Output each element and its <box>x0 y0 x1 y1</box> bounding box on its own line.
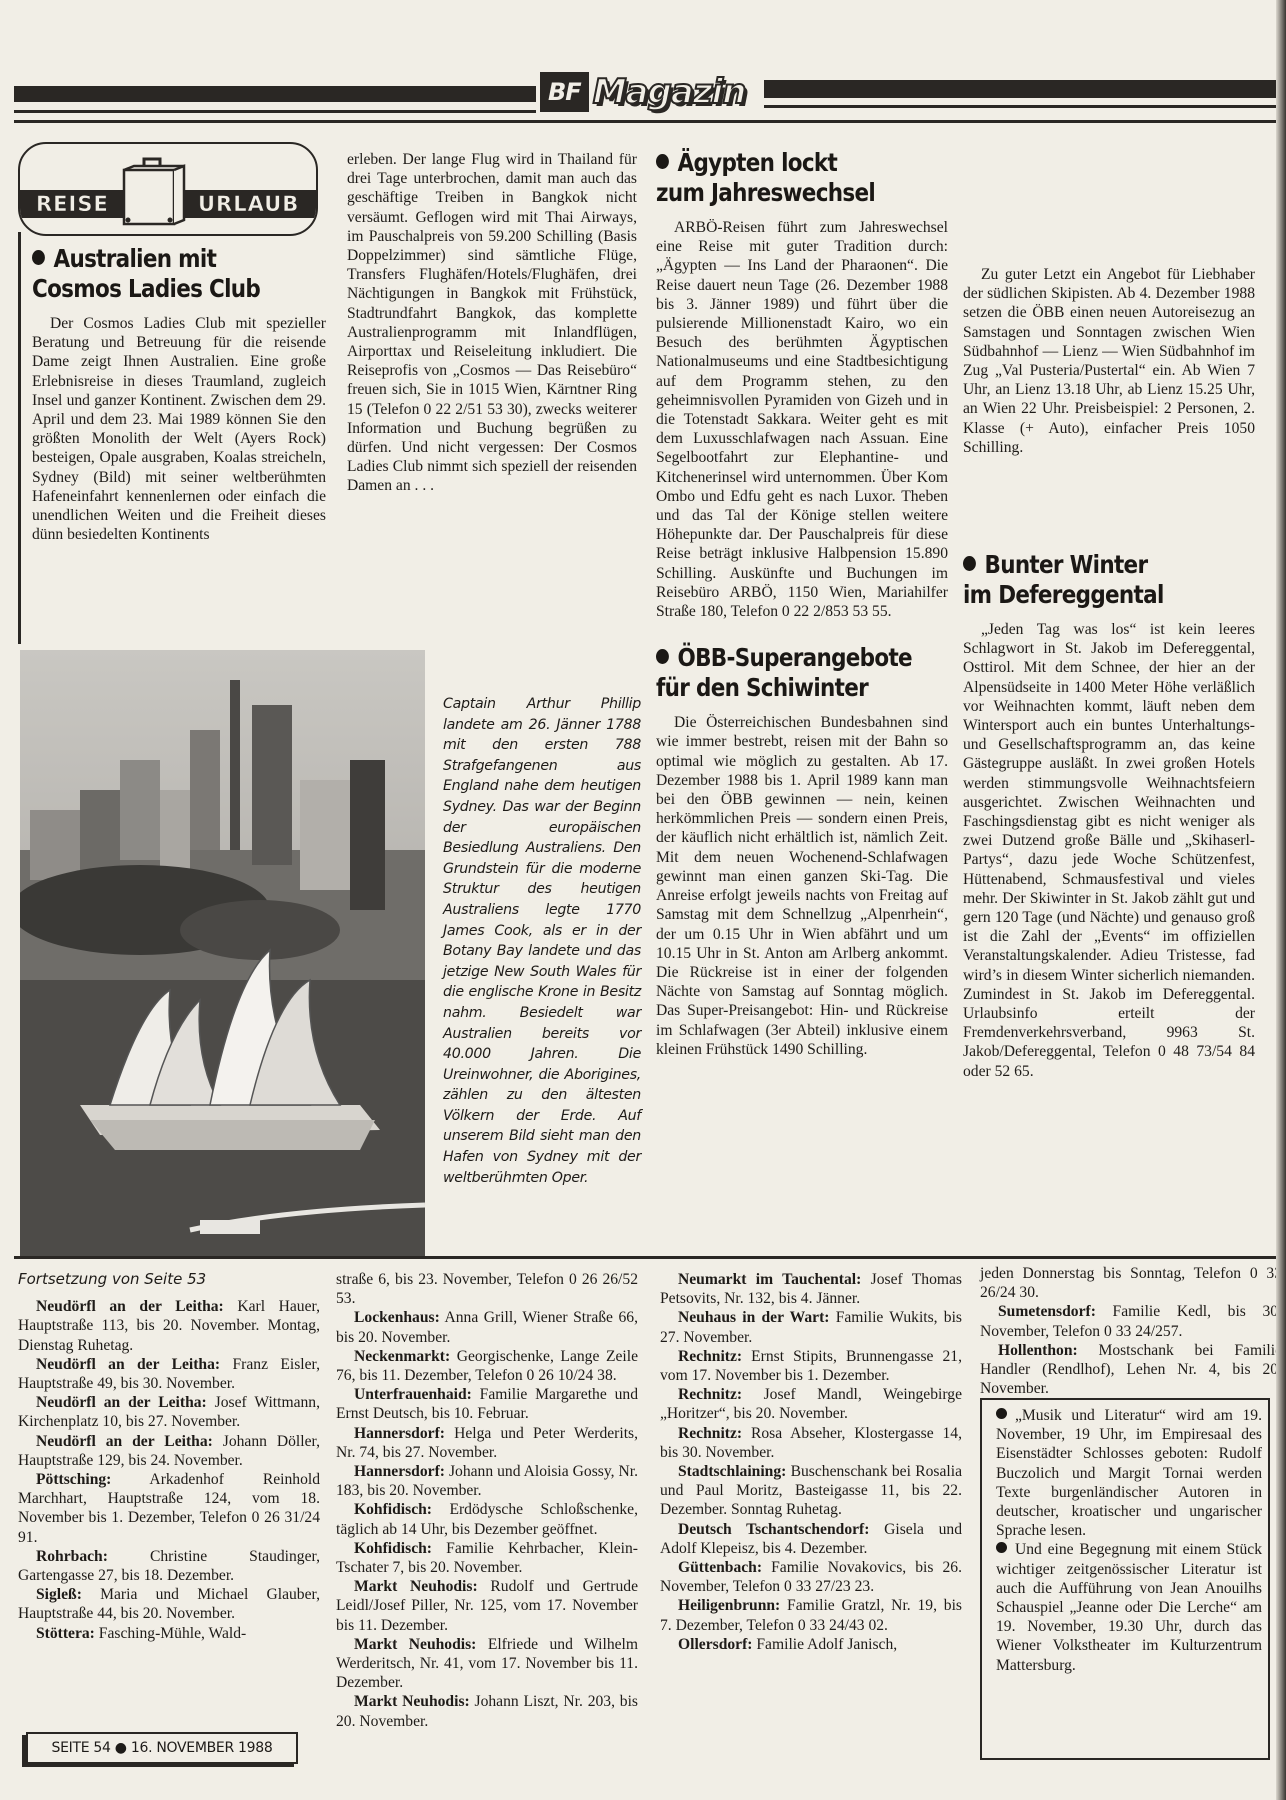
bullet-icon <box>996 1542 1007 1553</box>
listing-entry: Sumetensdorf: Familie Kedl, bis 30. Nove… <box>980 1302 1282 1340</box>
masthead-rule-left <box>14 110 536 113</box>
listing-entry: Neudörfl an der Leitha: Josef Wittmann, … <box>18 1393 320 1431</box>
headline-defereggental: Bunter Winter im Defereggental <box>963 550 1214 610</box>
listing-entry: Kohfidisch: Familie Kehrbacher, Klein-Ts… <box>336 1539 638 1577</box>
listing-entry: Pöttsching: Arkadenhof Reinhold Marchhar… <box>18 1470 320 1547</box>
culture-item: Und eine Begegnung mit einem Stück wicht… <box>996 1540 1262 1674</box>
article-body: „Jeden Tag was los“ ist kein leeres Schl… <box>963 620 1255 1081</box>
listing-place: Kohfidisch: <box>354 1540 432 1557</box>
article-body: Der Cosmos Ladies Club mit spezieller Be… <box>32 314 326 544</box>
reise-urlaub-badge: REISE URLAUB <box>18 142 318 236</box>
listing-entry: Markt Neuhodis: Elfriede und Wilhelm Wer… <box>336 1635 638 1693</box>
listing-entry: Neumarkt im Tauchental: Josef Thomas Pet… <box>660 1270 962 1308</box>
opera-house-image <box>20 650 425 1256</box>
listing-list: Neudörfl an der Leitha: Karl Hauer, Haup… <box>18 1297 320 1643</box>
listing-place: Neudörfl an der Leitha: <box>36 1433 213 1450</box>
issue-date: 16. NOVEMBER 1988 <box>131 1740 273 1756</box>
listing-entry: Stöttera: Fasching-Mühle, Wald- <box>18 1624 320 1643</box>
listing-list: Lockenhaus: Anna Grill, Wiener Straße 66… <box>336 1308 638 1730</box>
listing-entry: Hollenthon: Mostschank bei Familie Handl… <box>980 1341 1282 1399</box>
listing-place: Güttenbach: <box>678 1559 762 1576</box>
culture-item: „Musik und Literatur“ wird am 19. Novemb… <box>996 1406 1262 1540</box>
oebb-overflow-window: Zu guter Letzt ein Angebot für Liebhaber… <box>963 265 1255 457</box>
bullet-icon <box>32 250 45 265</box>
listing-entry: Güttenbach: Familie Novakovics, bis 26. … <box>660 1558 962 1596</box>
headline-oebb: ÖBB-Superangebote für den Schiwinter <box>656 643 907 703</box>
listing-details: Fasching-Mühle, Wald- <box>95 1625 246 1642</box>
continued-note: Fortsetzung von Seite 53 <box>18 1270 320 1289</box>
listing-entry: Sigleß: Maria und Michael Glauber, Haupt… <box>18 1585 320 1623</box>
footer-separator-icon: ● <box>115 1740 127 1756</box>
masthead-rule-right <box>764 105 1286 108</box>
listing-place: Neudörfl an der Leitha: <box>36 1394 207 1411</box>
article-defereggental: Bunter Winter im Defereggental „Jeden Ta… <box>963 550 1255 1081</box>
listing-place: Neudörfl an der Leitha: <box>36 1298 224 1315</box>
article-body: Zu guter Letzt ein Angebot für Liebhaber… <box>963 265 1255 457</box>
listing-entry: Neudörfl an der Leitha: Franz Eisler, Ha… <box>18 1355 320 1393</box>
masthead-bar-right <box>764 80 1286 98</box>
article-body: erleben. Der lange Flug wird in Thailand… <box>347 150 637 496</box>
listings-col-3: Neumarkt im Tauchental: Josef Thomas Pet… <box>660 1270 962 1654</box>
listing-place: Markt Neuhodis: <box>354 1636 476 1653</box>
article-body: ARBÖ-Reisen führt zum Jahreswechsel eine… <box>656 218 948 621</box>
headline-aegypten: Ägypten lockt zum Jahreswechsel <box>656 148 907 208</box>
listing-place: Hannersdorf: <box>354 1425 445 1442</box>
listing-place: Markt Neuhodis: <box>354 1693 470 1710</box>
listing-entry: Rechnitz: Ernst Stipits, Brunnengasse 21… <box>660 1347 962 1385</box>
listing-place: Kohfidisch: <box>354 1501 432 1518</box>
section-rule-top <box>14 120 1286 123</box>
listings-col-2: straße 6, bis 23. November, Telefon 0 26… <box>336 1270 638 1731</box>
article-oebb-offer: Zu guter Letzt ein Angebot für Liebhaber… <box>963 150 1255 538</box>
article-australien: Australien mit Cosmos Ladies Club Der Co… <box>32 244 326 544</box>
listing-entry: Ollersdorf: Familie Adolf Janisch, <box>660 1635 962 1654</box>
listing-place: Stadtschlaining: <box>678 1463 786 1480</box>
listing-entry: Rohrbach: Christine Staudinger, Gartenga… <box>18 1547 320 1585</box>
masthead-bar-left <box>14 86 536 102</box>
article-body: Die Österreichischen Bundesbahnen sind w… <box>656 713 948 1059</box>
listing-entry: Neckenmarkt: Georgischenke, Lange Zeile … <box>336 1347 638 1385</box>
listing-place: Hannersdorf: <box>354 1463 445 1480</box>
listing-place: Lockenhaus: <box>354 1309 440 1326</box>
page-footer: SEITE 54 ● 16. NOVEMBER 1988 <box>26 1732 298 1764</box>
listing-entry: Neudörfl an der Leitha: Karl Hauer, Haup… <box>18 1297 320 1355</box>
listing-place: Sigleß: <box>36 1586 82 1603</box>
listing-place: Rechnitz: <box>678 1348 742 1365</box>
listing-place: Rohrbach: <box>36 1548 108 1565</box>
listing-place: Hollenthon: <box>998 1342 1078 1359</box>
listing-place: Heiligenbrunn: <box>678 1597 780 1614</box>
listing-place: Rechnitz: <box>678 1425 742 1442</box>
listing-entry: Rechnitz: Rosa Abseher, Klostergasse 14,… <box>660 1424 962 1462</box>
listing-entry: Markt Neuhodis: Johann Liszt, Nr. 203, b… <box>336 1692 638 1730</box>
listing-entry: Neudörfl an der Leitha: Johann Döller, H… <box>18 1432 320 1470</box>
logo-abbrev: BF <box>540 72 589 112</box>
magazine-logo: BF Magazin <box>540 72 745 112</box>
article-aegypten: Ägypten lockt zum Jahreswechsel ARBÖ-Rei… <box>656 148 948 1059</box>
listing-place: Sumetensdorf: <box>998 1303 1096 1320</box>
suitcase-icon <box>120 156 190 226</box>
bullet-icon <box>656 154 669 169</box>
bullet-icon <box>963 556 976 571</box>
listing-place: Pöttsching: <box>36 1471 111 1488</box>
listing-place: Deutsch Tschantschendorf: <box>678 1521 869 1538</box>
article-australien-cont: erleben. Der lange Flug wird in Thailand… <box>347 150 637 496</box>
listing-list: Neumarkt im Tauchental: Josef Thomas Pet… <box>660 1270 962 1654</box>
listing-list: Sumetensdorf: Familie Kedl, bis 30. Nove… <box>980 1302 1282 1398</box>
listing-entry: Rechnitz: Josef Mandl, Weingebirge „Hori… <box>660 1385 962 1423</box>
listing-place: Unterfrauenhaid: <box>354 1386 472 1403</box>
listing-entry: Markt Neuhodis: Rudolf und Gertrude Leid… <box>336 1577 638 1635</box>
listing-place: Neuhaus in der Wart: <box>678 1309 829 1326</box>
listing-lead: straße 6, bis 23. November, Telefon 0 26… <box>336 1270 638 1308</box>
listing-entry: Unterfrauenhaid: Familie Margarethe und … <box>336 1385 638 1423</box>
photo-caption: Captain Arthur Phillip landete am 26. Jä… <box>443 694 641 1188</box>
listing-entry: Deutsch Tschantschendorf: Gisela und Ado… <box>660 1520 962 1558</box>
sydney-harbour-photo <box>20 650 425 1256</box>
listing-place: Rechnitz: <box>678 1386 742 1403</box>
listing-place: Neudörfl an der Leitha: <box>36 1356 220 1373</box>
listings-col-1: Fortsetzung von Seite 53 Neudörfl an der… <box>18 1270 320 1643</box>
listing-place: Markt Neuhodis: <box>354 1578 478 1595</box>
listing-entry: Lockenhaus: Anna Grill, Wiener Straße 66… <box>336 1308 638 1346</box>
column-rule <box>18 232 21 644</box>
culture-box: „Musik und Literatur“ wird am 19. Novemb… <box>980 1398 1270 1760</box>
badge-right-word: URLAUB <box>198 190 299 218</box>
listing-lead: jeden Donnerstag bis Sonntag, Telefon 0 … <box>980 1264 1282 1302</box>
section-rule-bottom <box>14 1256 1286 1259</box>
listing-entry: Stadtschlaining: Buschenschank bei Rosal… <box>660 1462 962 1520</box>
listing-details: Familie Adolf Janisch, <box>752 1636 897 1653</box>
listing-entry: Kohfidisch: Erdödysche Schloßschenke, tä… <box>336 1500 638 1538</box>
logo-title: Magazin <box>593 74 746 110</box>
page-edge-shadow <box>1276 0 1286 1800</box>
bullet-icon <box>656 649 669 664</box>
listing-entry: Neuhaus in der Wart: Familie Wukits, bis… <box>660 1308 962 1346</box>
listing-entry: Heiligenbrunn: Familie Gratzl, Nr. 19, b… <box>660 1596 962 1634</box>
listings-col-4: jeden Donnerstag bis Sonntag, Telefon 0 … <box>980 1264 1282 1398</box>
listing-place: Stöttera: <box>36 1625 95 1642</box>
listing-place: Neumarkt im Tauchental: <box>678 1271 861 1288</box>
bullet-icon <box>996 1408 1007 1419</box>
page-number: SEITE 54 <box>52 1740 111 1756</box>
listing-place: Neckenmarkt: <box>354 1348 450 1365</box>
badge-left-word: REISE <box>36 190 109 218</box>
listing-entry: Hannersdorf: Helga und Peter Werderits, … <box>336 1424 638 1462</box>
headline-australien: Australien mit Cosmos Ladies Club <box>32 244 285 304</box>
listing-place: Ollersdorf: <box>678 1636 752 1653</box>
listing-entry: Hannersdorf: Johann und Aloisia Gossy, N… <box>336 1462 638 1500</box>
